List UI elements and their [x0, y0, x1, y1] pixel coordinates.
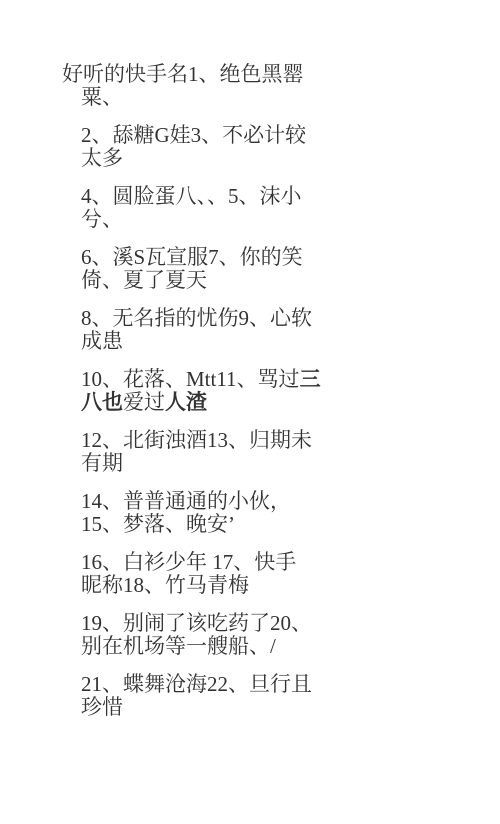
- text-line: 好听的快手名1、绝色黑罂: [62, 63, 480, 86]
- text-line: 成患: [81, 330, 480, 353]
- text-run: 14、普普通通的小伙，: [81, 489, 291, 513]
- paragraph-6: 10、花落、Mtt11、骂过三 八也爱过人渣: [81, 368, 480, 414]
- text-run: 太多: [81, 146, 123, 170]
- text-line: 有期: [81, 452, 480, 475]
- text-line: 2、舔糖G娃3、不必计较: [81, 124, 480, 147]
- paragraph-7: 12、北街浊酒13、归期未 有期: [81, 429, 480, 475]
- text-line: 珍惜: [81, 696, 480, 719]
- paragraph-9: 16、白衫少年 17、快手 昵称18、竹马青梅: [81, 551, 480, 597]
- bold-text-run: 人渣: [165, 391, 207, 414]
- text-run: 粟、: [81, 85, 123, 109]
- text-line: 兮、: [81, 208, 480, 231]
- text-run: 16、白衫少年 17、快手: [81, 550, 296, 574]
- text-line: 14、普普通通的小伙，: [81, 490, 480, 513]
- bold-text-run: 八也: [81, 391, 123, 414]
- text-run: 15、梦落、晚安’: [81, 512, 235, 536]
- text-line: 8、无名指的忧伤9、心软: [81, 307, 480, 330]
- text-line: 昵称18、竹马青梅: [81, 574, 480, 597]
- text-line: 19、别闹了该吃药了20、: [81, 612, 480, 635]
- text-run: 12、北街浊酒13、归期未: [81, 428, 312, 452]
- text-run: 别在机场等一艘船、/: [81, 634, 276, 658]
- text-line: 4、圆脸蛋八、、5、沫小: [81, 185, 480, 208]
- text-run: 有期: [81, 451, 123, 475]
- text-line: 16、白衫少年 17、快手: [81, 551, 480, 574]
- text-line: 10、花落、Mtt11、骂过三: [81, 368, 480, 391]
- text-run: 8、无名指的忧伤9、心软: [81, 306, 312, 330]
- text-run: 珍惜: [81, 695, 123, 719]
- text-run: 倚、夏了夏天: [81, 268, 207, 292]
- paragraph-1: 好听的快手名1、绝色黑罂 粟、: [81, 63, 480, 109]
- text-run: 19、别闹了该吃药了20、: [81, 611, 312, 635]
- text-run: 10、花落、Mtt11、骂过: [81, 367, 300, 391]
- text-run: 成患: [81, 329, 123, 353]
- text-line: 21、蝶舞沧海22、旦行且: [81, 673, 480, 696]
- paragraph-11: 21、蝶舞沧海22、旦行且 珍惜: [81, 673, 480, 719]
- paragraph-4: 6、溪S瓦宣服7、你的笑 倚、夏了夏天: [81, 246, 480, 292]
- text-line: 15、梦落、晚安’: [81, 513, 480, 536]
- text-run: 6、溪S瓦宣服7、你的笑: [81, 245, 303, 269]
- text-run: 21、蝶舞沧海22、旦行且: [81, 672, 312, 696]
- article-body: 好听的快手名1、绝色黑罂 粟、 2、舔糖G娃3、不必计较 太多 4、圆脸蛋八、、…: [81, 63, 480, 719]
- text-run: 4、圆脸蛋八、、5、沫小: [81, 184, 302, 208]
- text-line: 别在机场等一艘船、/: [81, 635, 480, 658]
- paragraph-5: 8、无名指的忧伤9、心软 成患: [81, 307, 480, 353]
- text-line: 粟、: [81, 86, 480, 109]
- text-line: 6、溪S瓦宣服7、你的笑: [81, 246, 480, 269]
- paragraph-10: 19、别闹了该吃药了20、 别在机场等一艘船、/: [81, 612, 480, 658]
- text-run: 爱过: [123, 390, 165, 414]
- text-run: 兮、: [81, 207, 123, 231]
- paragraph-3: 4、圆脸蛋八、、5、沫小 兮、: [81, 185, 480, 231]
- bold-text-run: 三: [300, 368, 321, 391]
- paragraph-8: 14、普普通通的小伙， 15、梦落、晚安’: [81, 490, 480, 536]
- paragraph-2: 2、舔糖G娃3、不必计较 太多: [81, 124, 480, 170]
- text-run: 2、舔糖G娃3、不必计较: [81, 123, 306, 147]
- text-line: 太多: [81, 147, 480, 170]
- document-page: 好听的快手名1、绝色黑罂 粟、 2、舔糖G娃3、不必计较 太多 4、圆脸蛋八、、…: [0, 0, 500, 824]
- text-line: 倚、夏了夏天: [81, 269, 480, 292]
- text-line: 12、北街浊酒13、归期未: [81, 429, 480, 452]
- text-run: 好听的快手名1、绝色黑罂: [62, 62, 304, 86]
- text-run: 昵称18、竹马青梅: [81, 573, 249, 597]
- text-line: 八也爱过人渣: [81, 391, 480, 414]
